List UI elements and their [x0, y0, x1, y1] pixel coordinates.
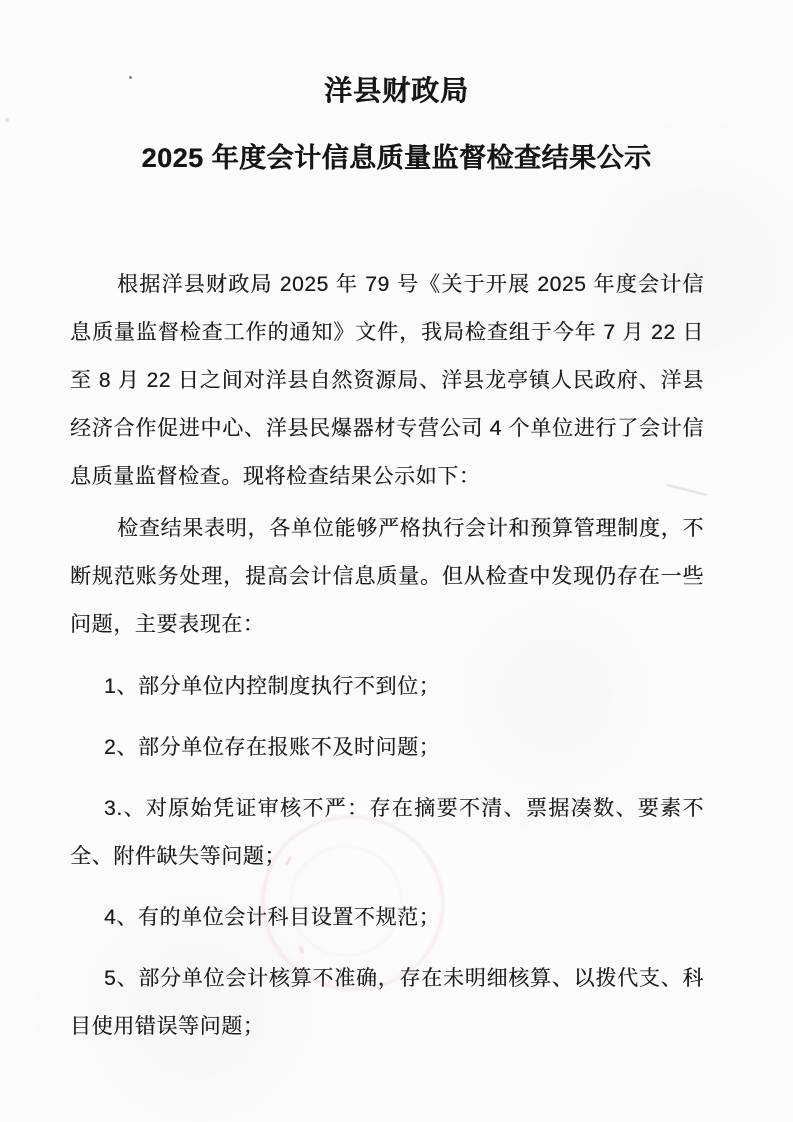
finding-item-2: 2、部分单位存在报账不及时问题；: [70, 724, 704, 772]
finding-item-5: 5、部分单位会计核算不准确，存在未明细核算、以拨代支、科目使用错误等问题；: [70, 955, 704, 1051]
finding-item-1: 1、部分单位内控制度执行不到位；: [70, 663, 704, 711]
summary-paragraph: 检查结果表明，各单位能够严格执行会计和预算管理制度，不断规范账务处理，提高会计信…: [70, 505, 704, 649]
document-subtitle: 2025 年度会计信息质量监督检查结果公示: [0, 139, 793, 177]
document-title: 洋县财政局: [0, 0, 793, 110]
findings-list: 1、部分单位内控制度执行不到位； 2、部分单位存在报账不及时问题； 3.、对原始…: [70, 663, 704, 1051]
intro-paragraph: 根据洋县财政局 2025 年 79 号《关于开展 2025 年度会计信息质量监督…: [70, 261, 704, 501]
pink-ink-speck: [5, 118, 9, 122]
finding-item-4: 4、有的单位会计科目设置不规范；: [70, 894, 704, 942]
finding-item-3: 3.、对原始凭证审核不严：存在摘要不清、票据凑数、要素不全、附件缺失等问题；: [70, 785, 704, 881]
document-body: 根据洋县财政局 2025 年 79 号《关于开展 2025 年度会计信息质量监督…: [70, 261, 704, 1051]
scanned-document-page: 洋县财政局 2025 年度会计信息质量监督检查结果公示 根据洋县财政局 2025…: [0, 0, 793, 1122]
